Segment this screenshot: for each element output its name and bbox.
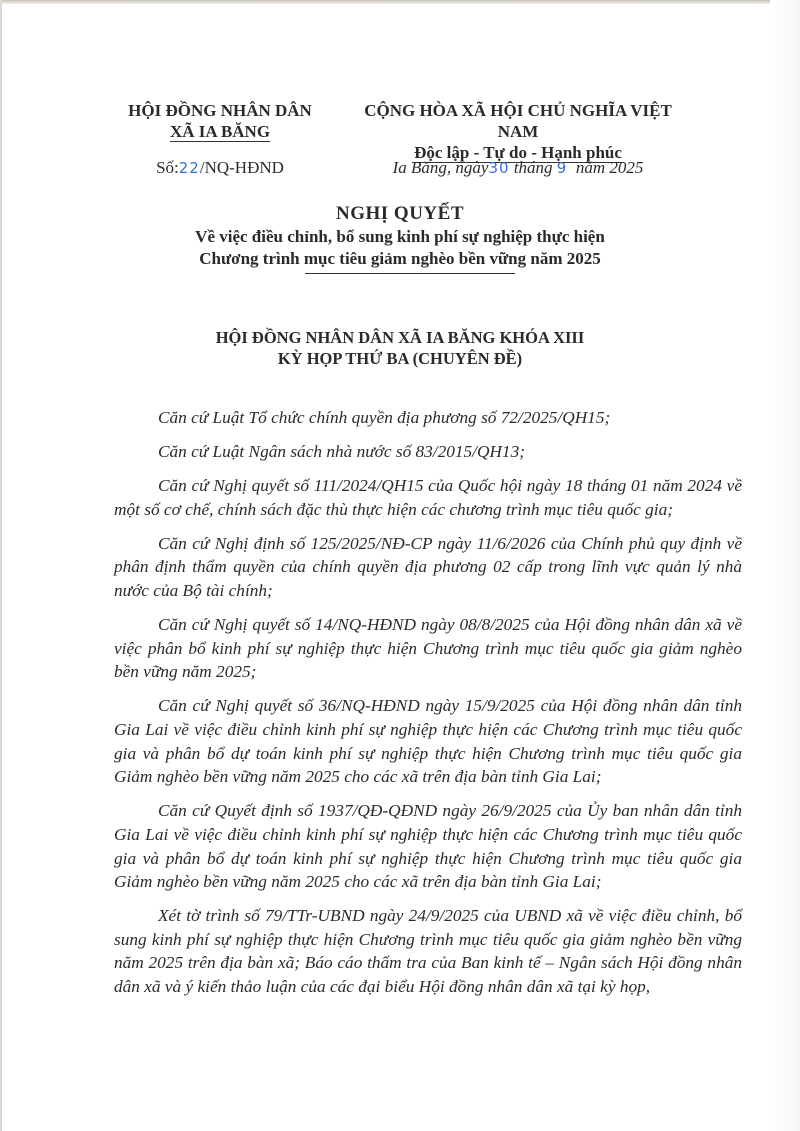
legal-basis-paragraph: Căn cứ Nghị quyết số 14/NQ-HĐND ngày 08/… bbox=[114, 613, 742, 684]
title-subject-line-2: Chương trình mục tiêu giảm nghèo bền vữn… bbox=[0, 248, 800, 270]
document-header: HỘI ĐỒNG NHÂN DÂN XÃ IA BĂNG CỘNG HÒA XÃ… bbox=[110, 100, 800, 190]
legal-basis-paragraph: Căn cứ Nghị quyết số 36/NQ-HĐND ngày 15/… bbox=[114, 694, 742, 788]
scan-edge-left bbox=[0, 0, 2, 1131]
scan-edge-top bbox=[0, 0, 800, 4]
consideration-paragraph: Xét tờ trình số 79/TTr-UBND ngày 24/9/20… bbox=[114, 904, 742, 998]
legal-basis-paragraph: Căn cứ Luật Tổ chức chính quyền địa phươ… bbox=[114, 406, 742, 430]
council-line-2: KỲ HỌP THỨ BA (CHUYÊN ĐỀ) bbox=[0, 348, 800, 369]
title-main: NGHỊ QUYẾT bbox=[0, 202, 800, 226]
national-heading: CỘNG HÒA XÃ HỘI CHỦ NGHĨA VIỆT NAM Độc l… bbox=[348, 100, 688, 163]
authority-commune: XÃ IA BĂNG bbox=[170, 123, 270, 142]
document-body: Căn cứ Luật Tổ chức chính quyền địa phươ… bbox=[114, 406, 742, 1009]
handwritten-day: 30 bbox=[488, 159, 509, 177]
legal-basis-paragraph: Căn cứ Luật Ngân sách nhà nước số 83/201… bbox=[114, 440, 742, 464]
document-date: Ia Băng, ngày30 tháng 9 năm 2025 bbox=[348, 158, 688, 178]
council-line-1: HỘI ĐỒNG NHÂN DÂN XÃ IA BĂNG KHÓA XIII bbox=[0, 327, 800, 348]
document-number: Số:22/NQ-HĐND bbox=[110, 158, 330, 178]
number-prefix: Số: bbox=[156, 158, 179, 177]
legal-basis-paragraph: Căn cứ Quyết định số 1937/QĐ-QĐND ngày 2… bbox=[114, 799, 742, 893]
legal-basis-paragraph: Căn cứ Nghị quyết số 111/2024/QH15 của Q… bbox=[114, 474, 742, 521]
year-label: năm 2025 bbox=[576, 158, 644, 177]
resolution-title: NGHỊ QUYẾT Về việc điều chỉnh, bổ sung k… bbox=[0, 202, 800, 274]
handwritten-number: 22 bbox=[179, 159, 200, 177]
title-divider bbox=[305, 273, 515, 274]
number-suffix: /NQ-HĐND bbox=[200, 158, 284, 177]
national-name: CỘNG HÒA XÃ HỘI CHỦ NGHĨA VIỆT NAM bbox=[348, 100, 688, 142]
month-label: tháng bbox=[514, 158, 553, 177]
legal-basis-paragraph: Căn cứ Nghị định số 125/2025/NĐ-CP ngày … bbox=[114, 532, 742, 603]
date-prefix: Ia Băng, ngày bbox=[393, 158, 489, 177]
council-heading: HỘI ĐỒNG NHÂN DÂN XÃ IA BĂNG KHÓA XIII K… bbox=[0, 327, 800, 369]
handwritten-month: 9 bbox=[557, 159, 568, 177]
authority-name: HỘI ĐỒNG NHÂN DÂN bbox=[110, 100, 330, 121]
title-subject-line-1: Về việc điều chỉnh, bổ sung kinh phí sự … bbox=[0, 226, 800, 248]
issuing-authority: HỘI ĐỒNG NHÂN DÂN XÃ IA BĂNG bbox=[110, 100, 330, 142]
